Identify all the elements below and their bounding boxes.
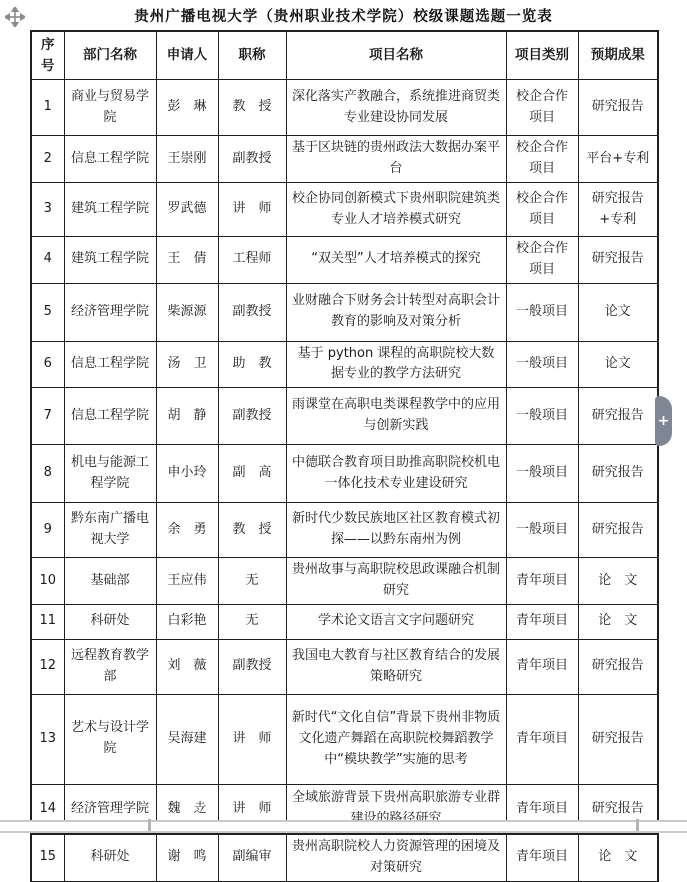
cell-category: 青年项目 xyxy=(506,558,578,605)
cell-outcome: 研究报告 xyxy=(578,694,658,784)
table-row: 5经济管理学院柴源源副教授业财融合下财务会计转型对高职会计教育的影响及对策分析一… xyxy=(31,283,658,341)
cell-dept: 建筑工程学院 xyxy=(64,237,156,284)
cell-outcome: 研究报告 xyxy=(578,445,658,503)
cell-project: 贵州高职院校人力资源管理的困境及对策研究 xyxy=(286,834,506,882)
cell-title: 副编审 xyxy=(218,834,286,882)
cell-applicant: 罗武德 xyxy=(156,183,218,237)
cell-project: 基于 python 课程的高职院校大数据专业的教学方法研究 xyxy=(286,341,506,388)
table-row: 9黔东南广播电视大学余 勇教 授新时代少数民族地区社区教育模式初探——以黔东南州… xyxy=(31,503,658,558)
plus-icon: + xyxy=(658,414,670,428)
cell-applicant: 彭 琳 xyxy=(156,80,218,136)
table-row: 4建筑工程学院王 倩工程师“双关型”人才培养模式的探究校企合作项目研究报告 xyxy=(31,237,658,284)
table-row: 8机电与能源工程学院申小玲副 高中德联合教育项目助推高职院校机电一体化技术专业建… xyxy=(31,445,658,503)
page-title: 贵州广播电视大学（贵州职业技术学院）校级课题选题一览表 xyxy=(0,5,687,26)
cell-no: 7 xyxy=(31,388,64,445)
cell-project: 雨课堂在高职电类课程教学中的应用与创新实践 xyxy=(286,388,506,445)
table-row: 7信息工程学院胡 静副教授雨课堂在高职电类课程教学中的应用与创新实践一般项目研究… xyxy=(31,388,658,445)
table-border-stub xyxy=(148,819,151,831)
cell-applicant: 胡 静 xyxy=(156,388,218,445)
cell-applicant: 王应伟 xyxy=(156,558,218,605)
header-title: 职称 xyxy=(218,31,286,80)
cell-outcome: 研究报告+专利 xyxy=(578,183,658,237)
cell-outcome: 研究报告 xyxy=(578,639,658,694)
cell-no: 11 xyxy=(31,604,64,639)
cell-title: 无 xyxy=(218,558,286,605)
cell-category: 一般项目 xyxy=(506,283,578,341)
table-row: 3建筑工程学院罗武德讲 师校企协同创新模式下贵州职院建筑类专业人才培养模式研究校… xyxy=(31,183,658,237)
table-row: 13艺术与设计学院吴海建讲 师新时代“文化自信”背景下贵州非物质文化遗产舞蹈在高… xyxy=(31,694,658,784)
cell-project: “双关型”人才培养模式的探究 xyxy=(286,237,506,284)
cell-no: 4 xyxy=(31,237,64,284)
cell-applicant: 柴源源 xyxy=(156,283,218,341)
expand-panel-tab[interactable]: + xyxy=(655,396,672,446)
cell-dept: 艺术与设计学院 xyxy=(64,694,156,784)
topics-table: 序号 部门名称 申请人 职称 项目名称 项目类别 预期成果 1商业与贸易学院彭 … xyxy=(30,30,659,835)
cell-no: 6 xyxy=(31,341,64,388)
cell-outcome: 研究报告 xyxy=(578,388,658,445)
cell-title: 副 高 xyxy=(218,445,286,503)
cell-title: 副教授 xyxy=(218,639,286,694)
cell-project: 学术论文语言文字问题研究 xyxy=(286,604,506,639)
cell-outcome: 论 文 xyxy=(578,558,658,605)
cell-applicant: 王崇刚 xyxy=(156,136,218,183)
cell-dept: 信息工程学院 xyxy=(64,136,156,183)
cell-applicant: 申小玲 xyxy=(156,445,218,503)
cell-category: 一般项目 xyxy=(506,445,578,503)
header-no: 序号 xyxy=(31,31,64,80)
cell-no: 15 xyxy=(31,834,64,882)
cell-no: 3 xyxy=(31,183,64,237)
cell-dept: 建筑工程学院 xyxy=(64,183,156,237)
cell-category: 一般项目 xyxy=(506,341,578,388)
table-row: 6信息工程学院汤 卫助 教基于 python 课程的高职院校大数据专业的教学方法… xyxy=(31,341,658,388)
cell-project: 基于区块链的贵州政法大数据办案平台 xyxy=(286,136,506,183)
cell-project: 新时代少数民族地区社区教育模式初探——以黔东南州为例 xyxy=(286,503,506,558)
table-row: 15科研处谢 鸣副编审贵州高职院校人力资源管理的困境及对策研究青年项目论 文 xyxy=(31,834,658,882)
cell-dept: 信息工程学院 xyxy=(64,341,156,388)
cell-applicant: 吴海建 xyxy=(156,694,218,784)
cell-outcome: 研究报告 xyxy=(578,237,658,284)
cell-title: 讲 师 xyxy=(218,183,286,237)
table-row: 12远程教育教学部刘 薇副教授我国电大教育与社区教育结合的发展策略研究青年项目研… xyxy=(31,639,658,694)
cell-dept: 远程教育教学部 xyxy=(64,639,156,694)
cell-dept: 黔东南广播电视大学 xyxy=(64,503,156,558)
cell-dept: 商业与贸易学院 xyxy=(64,80,156,136)
cell-project: 中德联合教育项目助推高职院校机电一体化技术专业建设研究 xyxy=(286,445,506,503)
cell-project: 我国电大教育与社区教育结合的发展策略研究 xyxy=(286,639,506,694)
cell-applicant: 汤 卫 xyxy=(156,341,218,388)
header-dept: 部门名称 xyxy=(64,31,156,80)
cell-category: 一般项目 xyxy=(506,503,578,558)
cell-title: 无 xyxy=(218,604,286,639)
topics-table-continued: 15科研处谢 鸣副编审贵州高职院校人力资源管理的困境及对策研究青年项目论 文 xyxy=(30,833,659,882)
cell-no: 12 xyxy=(31,639,64,694)
header-project: 项目名称 xyxy=(286,31,506,80)
table-row: 1商业与贸易学院彭 琳教 授深化落实产教融合，系统推进商贸类专业建设协同发展校企… xyxy=(31,80,658,136)
cell-outcome: 研究报告 xyxy=(578,503,658,558)
cell-outcome: 平台+专利 xyxy=(578,136,658,183)
cell-category: 校企合作项目 xyxy=(506,136,578,183)
cell-title: 讲 师 xyxy=(218,694,286,784)
cell-project: 校企协同创新模式下贵州职院建筑类专业人才培养模式研究 xyxy=(286,183,506,237)
cell-no: 1 xyxy=(31,80,64,136)
cell-dept: 信息工程学院 xyxy=(64,388,156,445)
page-break-gap xyxy=(0,820,687,833)
cell-no: 2 xyxy=(31,136,64,183)
cell-title: 副教授 xyxy=(218,283,286,341)
cell-no: 10 xyxy=(31,558,64,605)
cell-title: 教 授 xyxy=(218,80,286,136)
cell-title: 助 教 xyxy=(218,341,286,388)
cell-no: 13 xyxy=(31,694,64,784)
cell-dept: 机电与能源工程学院 xyxy=(64,445,156,503)
cell-project: 业财融合下财务会计转型对高职会计教育的影响及对策分析 xyxy=(286,283,506,341)
cell-category: 青年项目 xyxy=(506,604,578,639)
cell-applicant: 余 勇 xyxy=(156,503,218,558)
table-row: 11科研处白彩艳无学术论文语言文字问题研究青年项目论 文 xyxy=(31,604,658,639)
header-applicant: 申请人 xyxy=(156,31,218,80)
cell-no: 5 xyxy=(31,283,64,341)
cell-outcome: 论 文 xyxy=(578,604,658,639)
cell-title: 副教授 xyxy=(218,388,286,445)
header-outcome: 预期成果 xyxy=(578,31,658,80)
cell-outcome: 论文 xyxy=(578,341,658,388)
cell-applicant: 白彩艳 xyxy=(156,604,218,639)
document-page: 贵州广播电视大学（贵州职业技术学院）校级课题选题一览表 序号 部门名称 申请人 … xyxy=(0,0,687,882)
cell-title: 教 授 xyxy=(218,503,286,558)
cell-dept: 经济管理学院 xyxy=(64,283,156,341)
cell-category: 校企合作项目 xyxy=(506,183,578,237)
header-category: 项目类别 xyxy=(506,31,578,80)
cell-dept: 科研处 xyxy=(64,834,156,882)
cell-category: 校企合作项目 xyxy=(506,80,578,136)
cell-applicant: 谢 鸣 xyxy=(156,834,218,882)
cell-dept: 基础部 xyxy=(64,558,156,605)
cell-category: 一般项目 xyxy=(506,388,578,445)
cell-dept: 科研处 xyxy=(64,604,156,639)
cell-category: 青年项目 xyxy=(506,639,578,694)
cell-project: 贵州故事与高职院校思政课融合机制研究 xyxy=(286,558,506,605)
cell-project: 新时代“文化自信”背景下贵州非物质文化遗产舞蹈在高职院校舞蹈教学中“模块教学”实… xyxy=(286,694,506,784)
cell-title: 副教授 xyxy=(218,136,286,183)
cell-outcome: 论 文 xyxy=(578,834,658,882)
table-border-stub xyxy=(636,819,639,831)
cell-project: 深化落实产教融合，系统推进商贸类专业建设协同发展 xyxy=(286,80,506,136)
cell-title: 工程师 xyxy=(218,237,286,284)
table-header-row: 序号 部门名称 申请人 职称 项目名称 项目类别 预期成果 xyxy=(31,31,658,80)
cell-category: 校企合作项目 xyxy=(506,237,578,284)
cell-no: 8 xyxy=(31,445,64,503)
cell-category: 青年项目 xyxy=(506,694,578,784)
cell-outcome: 研究报告 xyxy=(578,80,658,136)
cell-applicant: 王 倩 xyxy=(156,237,218,284)
cell-no: 9 xyxy=(31,503,64,558)
cell-applicant: 刘 薇 xyxy=(156,639,218,694)
table-row: 10基础部王应伟无贵州故事与高职院校思政课融合机制研究青年项目论 文 xyxy=(31,558,658,605)
cell-category: 青年项目 xyxy=(506,834,578,882)
cell-outcome: 论文 xyxy=(578,283,658,341)
table-row: 2信息工程学院王崇刚副教授基于区块链的贵州政法大数据办案平台校企合作项目平台+专… xyxy=(31,136,658,183)
